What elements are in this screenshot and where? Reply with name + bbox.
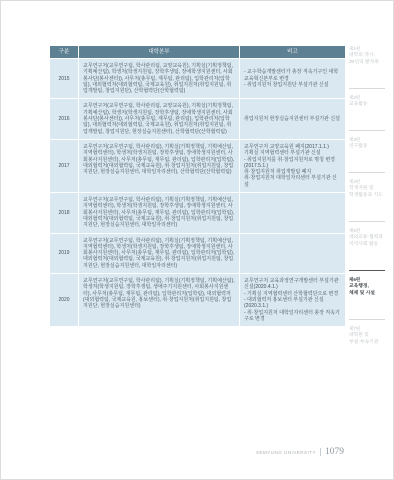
sidebar-item-title-line: 30년의 발자취: [349, 59, 389, 66]
sidebar-part-label: 제2편: [349, 94, 389, 101]
year-cell: 2018: [50, 193, 78, 232]
sidebar-item: 제7편대학원 및부설·부속기관: [349, 319, 389, 346]
org-structure-cell: 교무연구처(교무연구팀, 학사관리팀, 교양교육원), 기획실(기획정책팀, 기…: [79, 59, 239, 98]
sidebar-part-label: 제6편: [349, 276, 389, 283]
sidebar-item-title-line: 체제 및 시설: [349, 290, 389, 297]
header-remark: 비고: [240, 46, 345, 58]
org-structure-cell: 교무연구처(교무연구팀, 학사관리팀), 기획실(기획정책팀, 기획예산팀), …: [79, 274, 239, 326]
sidebar-item-title-line: 연구활동: [349, 143, 389, 150]
sidebar-item-title-line: 대학원 및: [349, 332, 389, 339]
header-category: 구분: [50, 46, 78, 58]
year-cell: 2017: [50, 140, 78, 192]
sidebar-item: 제5편대외교류·협력과지역사회 활동: [349, 221, 389, 248]
sidebar-item: 제1편대학의 역사,30년의 발자취: [349, 45, 389, 66]
sidebar-divider: [349, 319, 385, 320]
year-cell: 2016: [50, 99, 78, 138]
sidebar-item: 제4편학생지원 및학생활동과 지도: [349, 172, 389, 199]
footer-divider: [320, 448, 321, 456]
org-history-table: 구분 대학본부 비고 2015교무연구처(교무연구팀, 학사관리팀, 교양교육원…: [49, 45, 346, 327]
org-structure-cell: 교무연구처(교무연구팀, 학사관리팀), 기획실(기획정책팀, 기획예산팀, 지…: [79, 234, 239, 273]
org-structure-cell: 교무연구처(교무연구팀, 학사관리팀), 기획실(기획정책팀, 기획예산팀, 지…: [79, 193, 239, 232]
sidebar-divider: [349, 88, 385, 89]
sidebar-divider: [349, 130, 385, 131]
remark-cell: 취업지원처 현장실습지원센터 부설기관 신설: [240, 99, 345, 138]
header-university-hq: 대학본부: [79, 46, 239, 58]
sidebar-item: 제6편교육행정,체제 및 시설: [349, 270, 389, 297]
sidebar-item: 제3편연구활동: [349, 130, 389, 150]
sidebar-part-label: 제3편: [349, 136, 389, 143]
university-brand: SEMYUNG UNIVERSITY: [256, 450, 316, 455]
table-row: 2019교무연구처(교무연구팀, 학사관리팀), 기획실(기획정책팀, 기획예산…: [50, 234, 345, 273]
sidebar-item-title-line: 학생활동과 지도: [349, 192, 389, 199]
remark-cell: 교무연구처 교양교육원 폐지(2017.1.1.) 기획실 지역협력센터 부설기…: [240, 140, 345, 192]
sidebar-item-title-line: 지역사회 활동: [349, 241, 389, 248]
table-body: 2015교무연구처(교무연구팀, 학사관리팀, 교양교육원), 기획실(기획정책…: [50, 59, 345, 326]
table-row: 2017교무연구처(교무연구팀, 학사관리팀), 기획실(기획정책팀, 기획예산…: [50, 140, 345, 192]
sidebar-part-label: 제7편: [349, 325, 389, 332]
table-row: 2018교무연구처(교무연구팀, 학사관리팀), 기획실(기획정책팀, 기획예산…: [50, 193, 345, 232]
year-cell: 2020: [50, 274, 78, 326]
sidebar-part-label: 제1편: [349, 45, 389, 52]
table-header-row: 구분 대학본부 비고: [50, 46, 345, 58]
table-row: 2015교무연구처(교무연구팀, 학사관리팀, 교양교육원), 기획실(기획정책…: [50, 59, 345, 98]
org-history-table-container: 구분 대학본부 비고 2015교무연구처(교무연구팀, 학사관리팀, 교양교육원…: [49, 45, 346, 327]
org-structure-cell: 교무연구처(교무연구팀, 학사관리팀, 교양교육원), 기획실(기획정책팀, 기…: [79, 99, 239, 138]
table-row: 2020교무연구처(교무연구팀, 학사관리팀), 기획실(기획정책팀, 기획예산…: [50, 274, 345, 326]
sidebar-part-label: 제4편: [349, 178, 389, 185]
year-cell: 2019: [50, 234, 78, 273]
year-cell: 2015: [50, 59, 78, 98]
sidebar-divider: [349, 221, 385, 222]
document-page: 구분 대학본부 비고 2015교무연구처(교무연구팀, 학사관리팀, 교양교육원…: [0, 0, 394, 480]
sidebar-item-title-line: 교육행정,: [349, 283, 389, 290]
section-sidebar: 제1편대학의 역사,30년의 발자취제2편교육활동제3편연구활동제4편학생지원 …: [349, 45, 389, 368]
sidebar-divider: [349, 172, 385, 173]
remark-cell: - 교수학습개발센터가 총장 직속기구인 대학교육혁신본부로 변경 - 취업지원…: [240, 59, 345, 98]
sidebar-item-title-line: 부설·부속기관: [349, 339, 389, 346]
remark-cell: [240, 193, 345, 232]
page-number: 1079: [325, 447, 344, 457]
sidebar-item-title-line: 교육활동: [349, 101, 389, 108]
sidebar-item-title-line: 대외교류·협력과: [349, 234, 389, 241]
sidebar-item-title-line: 대학의 역사,: [349, 52, 389, 59]
remark-cell: [240, 234, 345, 273]
org-structure-cell: 교무연구처(교무연구팀, 학사관리팀), 기획실(기획정책팀, 기획예산팀, 지…: [79, 140, 239, 192]
table-row: 2016교무연구처(교무연구팀, 학사관리팀, 교양교육원), 기획실(기획정책…: [50, 99, 345, 138]
sidebar-divider: [349, 270, 385, 271]
sidebar-item-title-line: 학생지원 및: [349, 185, 389, 192]
sidebar-item: 제2편교육활동: [349, 88, 389, 108]
remark-cell: 교무연구처 교육과정연구개발센터 부설기관 신설(2020.4.1.) - 기획…: [240, 274, 345, 326]
sidebar-part-label: 제5편: [349, 227, 389, 234]
page-footer: SEMYUNG UNIVERSITY 1079: [256, 447, 344, 457]
